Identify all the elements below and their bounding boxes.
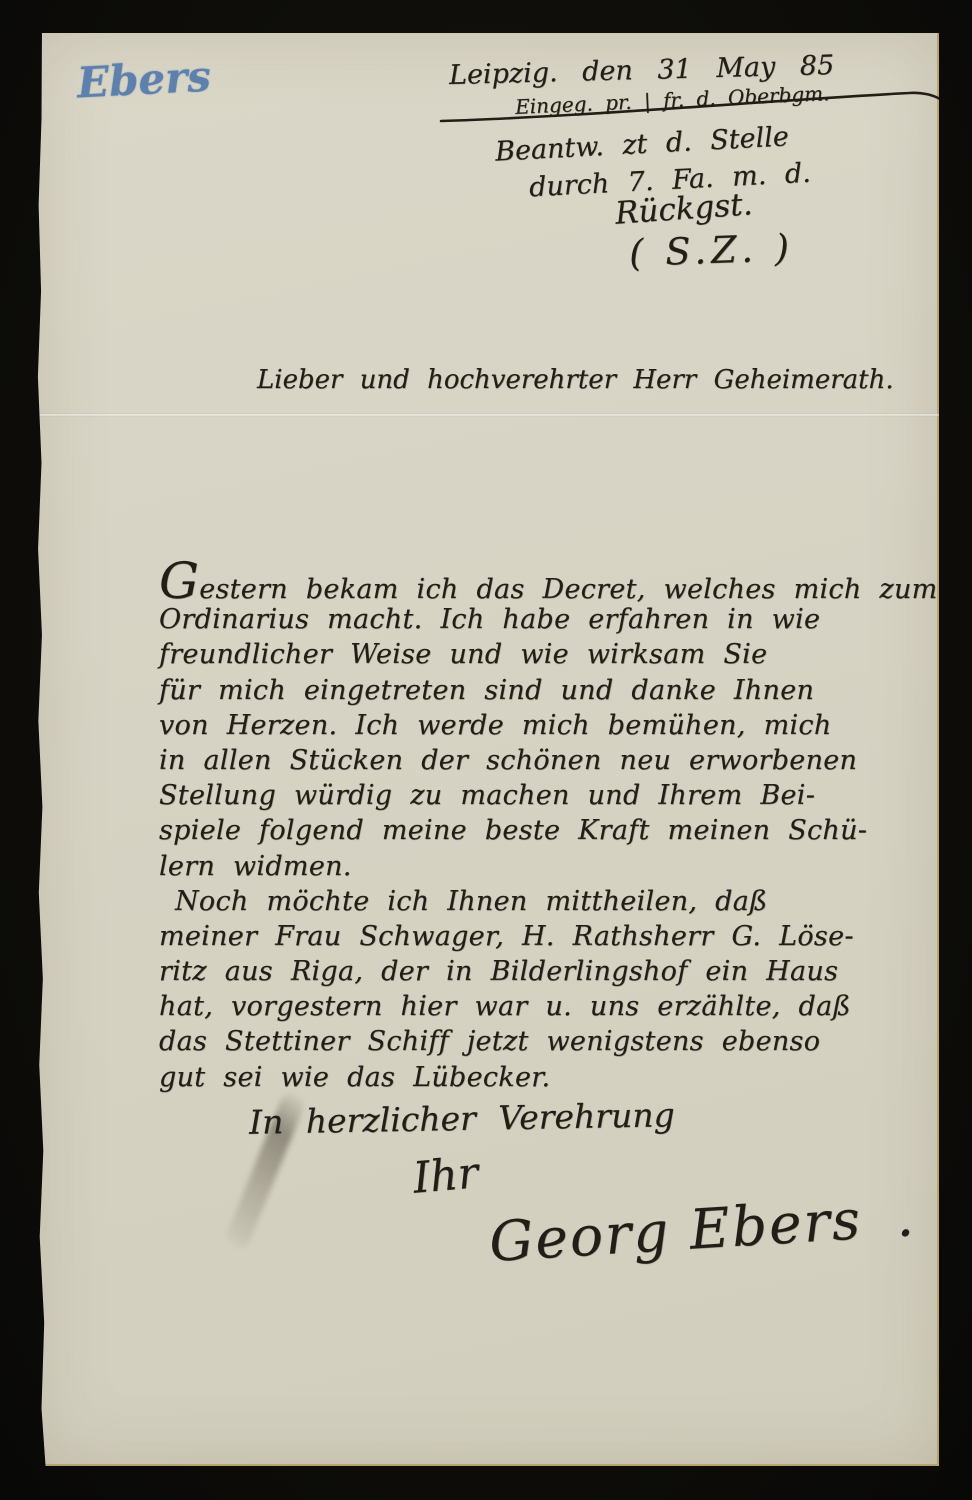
body-line: ritz aus Riga, der in Bilderlingshof ein… — [159, 954, 959, 989]
body-line: lern widmen. — [159, 849, 959, 884]
valediction: In herzlicher Verehrung — [249, 1095, 675, 1141]
body-line: hat, vorgestern hier war u. uns erzählte… — [159, 989, 959, 1024]
letter-body: Gestern bekam ich das Decret, welches mi… — [159, 567, 959, 1095]
body-line: meiner Frau Schwager, H. Rathsherr G. Lö… — [159, 919, 959, 954]
body-line: von Herzen. Ich werde mich bemühen, mich — [159, 708, 959, 743]
body-line: freundlicher Weise und wie wirksam Sie — [159, 637, 959, 672]
fold-crease — [37, 413, 939, 417]
body-line: Stellung würdig zu machen und Ihrem Bei- — [159, 778, 959, 813]
body-line: in allen Stücken der schönen neu erworbe… — [159, 743, 959, 778]
registrar-initials: ( S.Z. ) — [628, 226, 794, 275]
signature-period: . — [894, 1184, 917, 1249]
letter-paper: Ebers Leipzig. den 31 May 85 Eingeg. pr.… — [37, 33, 939, 1466]
signature-name: Georg Ebers — [487, 1187, 863, 1274]
body-line: Gestern bekam ich das Decret, welches mi… — [159, 567, 959, 602]
body-line: das Stettiner Schiff jetzt wenigstens eb… — [159, 1024, 959, 1059]
signature: Georg Ebers. — [487, 1184, 917, 1274]
body-line: Ordinarius macht. Ich habe erfahren in w… — [159, 602, 959, 637]
body-line: gut sei wie das Lübecker. — [159, 1060, 959, 1095]
salutation: Lieber und hochverehrter Herr Geheimerat… — [257, 365, 894, 395]
body-line: für mich eingetreten sind und danke Ihne… — [159, 673, 959, 708]
black-mount-background: Ebers Leipzig. den 31 May 85 Eingeg. pr.… — [0, 0, 972, 1500]
body-line: spiele folgend meine beste Kraft meinen … — [159, 813, 959, 848]
signature-pronoun: Ihr — [411, 1148, 480, 1203]
pencil-annotation: Ebers — [76, 52, 212, 108]
body-line: Noch möchte ich Ihnen mittheilen, daß — [159, 884, 959, 919]
